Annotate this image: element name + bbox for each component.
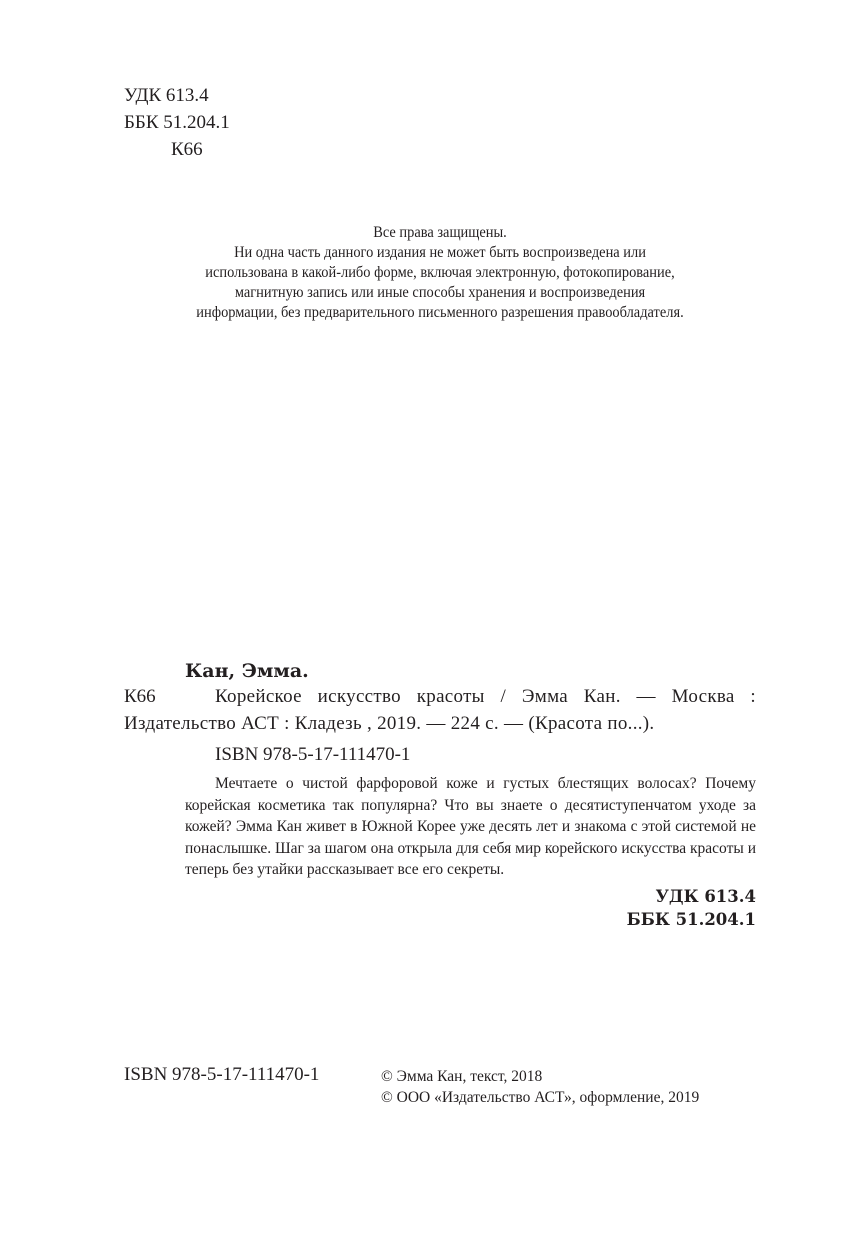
bibliographic-description: Корейское искусство красоты / Эмма Кан. …	[124, 683, 756, 737]
author-heading: Кан, Эмма.	[185, 659, 756, 683]
author-mark: К66	[124, 136, 230, 163]
bibliographic-record: Кан, Эмма. К66 Корейское искусство красо…	[124, 659, 756, 931]
annotation: Мечтаете о чистой фарфоровой коже и густ…	[185, 773, 756, 881]
copyright-line: © Эмма Кан, текст, 2018	[381, 1066, 699, 1087]
rights-line: Все права защищены.	[133, 223, 747, 243]
record-codes: УДК 613.4 ББК 51.204.1	[124, 885, 756, 931]
rights-line: магнитную запись или иные способы хранен…	[133, 283, 747, 303]
udk-code: УДК 613.4	[124, 82, 230, 109]
bbk-code: ББК 51.204.1	[124, 109, 230, 136]
record-author-mark: К66	[124, 683, 156, 710]
rights-line: Ни одна часть данного издания не может б…	[133, 243, 747, 263]
footer-isbn: ISBN 978-5-17-111470-1	[124, 1064, 319, 1086]
copyright-block: © Эмма Кан, текст, 2018 © ООО «Издательс…	[381, 1066, 699, 1108]
rights-line: использована в какой-либо форме, включая…	[133, 263, 747, 283]
record-isbn: ISBN 978-5-17-111470-1	[215, 743, 756, 767]
classification-block: УДК 613.4 ББК 51.204.1 К66	[124, 82, 230, 163]
record-udk: УДК 613.4	[124, 885, 756, 908]
record-bbk: ББК 51.204.1	[124, 908, 756, 931]
rights-line: информации, без предварительного письмен…	[133, 303, 747, 323]
description-row: К66 Корейское искусство красоты / Эмма К…	[124, 683, 756, 737]
rights-notice: Все права защищены. Ни одна часть данног…	[133, 223, 747, 323]
copyright-line: © ООО «Издательство АСТ», оформление, 20…	[381, 1087, 699, 1108]
